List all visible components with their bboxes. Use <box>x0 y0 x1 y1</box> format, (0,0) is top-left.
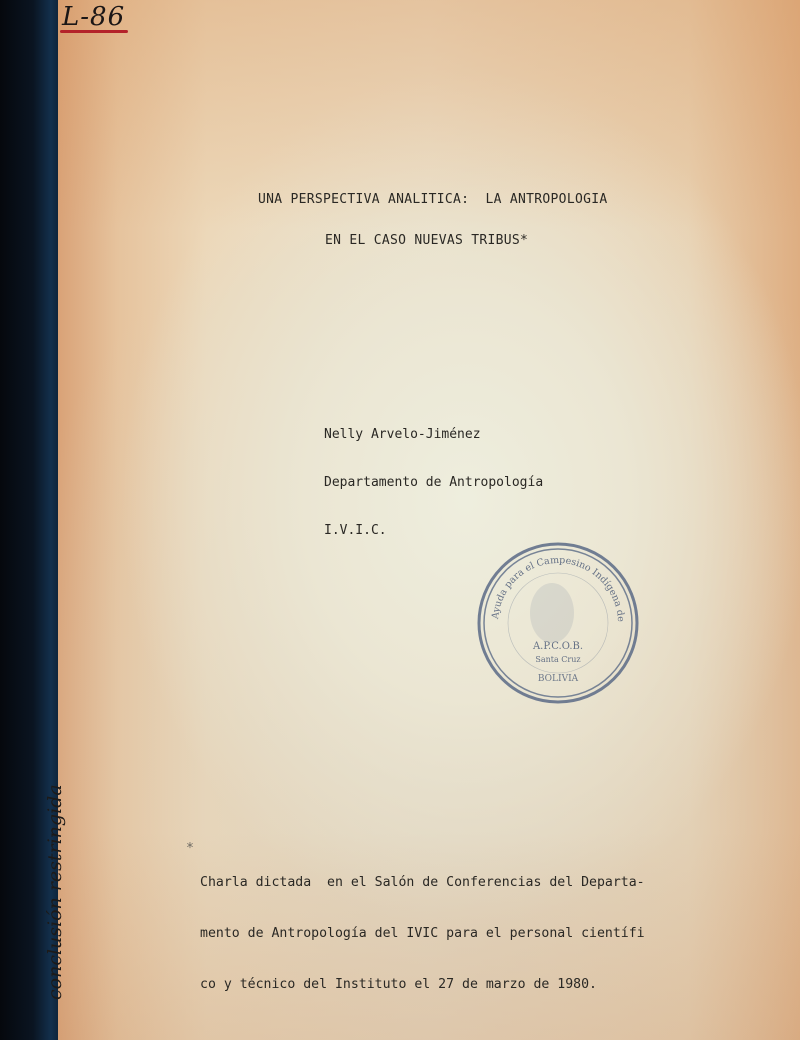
author-department: Departamento de Antropología <box>324 475 543 491</box>
catalog-label: L-86 <box>62 2 125 32</box>
catalog-label-underline <box>60 30 128 33</box>
stamp-seal-icon: Ayuda para el Campesino Indígena del Ori… <box>476 541 640 705</box>
author-name: Nelly Arvelo-Jiménez <box>324 427 543 443</box>
stamp-center-line-1: A.P.C.O.B. <box>532 641 583 652</box>
stamp-center-line-2: Santa Cruz <box>535 655 580 664</box>
author-block: Nelly Arvelo-Jiménez Departamento de Ant… <box>324 395 543 555</box>
title-line-2: EN EL CASO NUEVAS TRIBUS* <box>325 233 528 248</box>
footnote-line: Charla dictada en el Salón de Conferenci… <box>200 874 645 891</box>
stamp-bottom-text: BOLIVIA <box>538 674 579 684</box>
footnote-marker: * <box>186 840 200 1027</box>
author-institution: I.V.I.C. <box>324 523 543 539</box>
margin-handwritten-note: conclusión restringida <box>44 784 66 1000</box>
footnote: * Charla dictada en el Salón de Conferen… <box>186 806 645 1040</box>
title-line-1: UNA PERSPECTIVA ANALITICA: LA ANTROPOLOG… <box>258 192 607 207</box>
footnote-line: co y técnico del Instituto el 27 de marz… <box>200 976 645 993</box>
footnote-line: mento de Antropología del IVIC para el p… <box>200 925 645 942</box>
